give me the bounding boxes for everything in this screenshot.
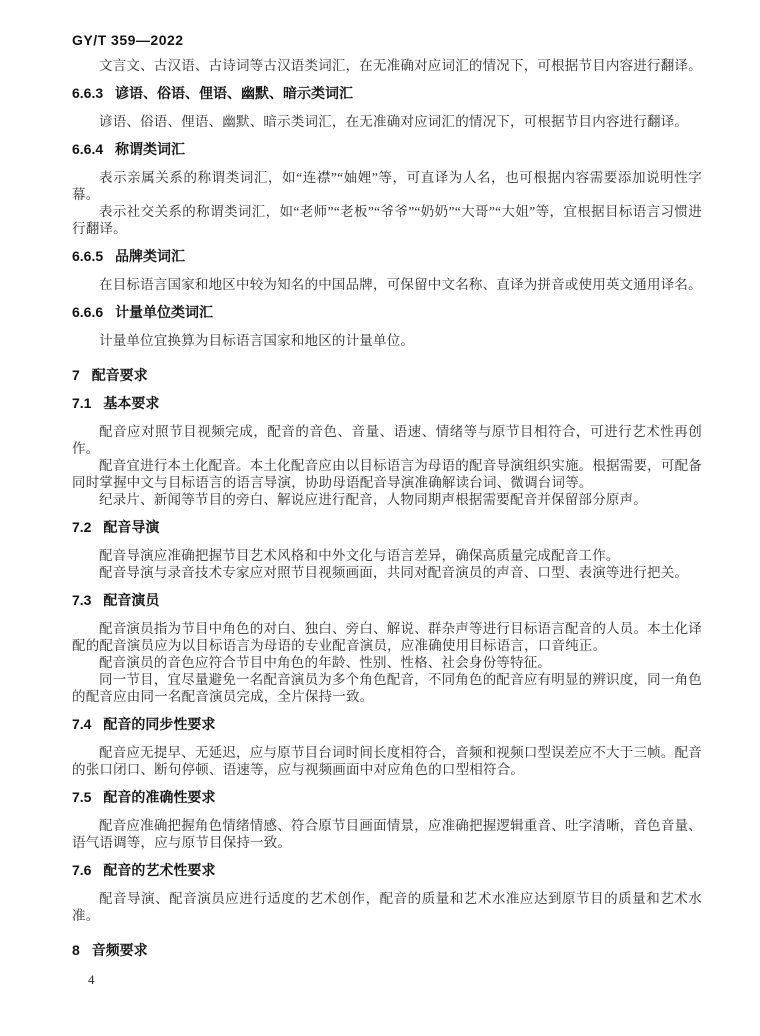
heading-7-3: 7.3配音演员 (72, 592, 702, 609)
chapter-number: 8 (72, 942, 80, 958)
heading-7-5: 7.5配音的准确性要求 (72, 789, 702, 806)
paragraph: 在目标语言国家和地区中较为知名的中国品牌，可保留中文名称、直译为拼音或使用英文通… (72, 276, 702, 293)
chapter-heading-7: 7配音要求 (72, 367, 702, 384)
section-title: 配音的准确性要求 (103, 789, 215, 805)
paragraph: 表示亲属关系的称谓类词汇，如“连襟”“妯娌”等，可直译为人名，也可根据内容需要添… (72, 169, 702, 203)
paragraph: 配音应准确把握角色情绪情感、符合原节目画面情景，应准确把握逻辑重音、吐字清晰，音… (72, 817, 702, 851)
paragraph: 谚语、俗语、俚语、幽默、暗示类词汇，在无准确对应词汇的情况下，可根据节目内容进行… (72, 113, 702, 130)
section-number: 6.6.3 (72, 85, 103, 101)
section-title: 称谓类词汇 (115, 141, 185, 157)
section-number: 6.6.5 (72, 248, 103, 264)
paragraph: 纪录片、新闻等节目的旁白、解说应进行配音，人物同期声根据需要配音并保留部分原声。 (72, 491, 702, 508)
section-title: 基本要求 (103, 395, 159, 411)
section-number: 7.4 (72, 716, 91, 732)
heading-6-6-3: 6.6.3谚语、俗语、俚语、幽默、暗示类词汇 (72, 85, 702, 102)
section-title: 计量单位类词汇 (115, 304, 213, 320)
heading-7-1: 7.1基本要求 (72, 395, 702, 412)
heading-6-6-4: 6.6.4称谓类词汇 (72, 141, 702, 158)
paragraph: 配音应无提早、无延迟，应与原节目台词时间长度相符合，音频和视频口型误差应不大于三… (72, 744, 702, 778)
section-number: 6.6.4 (72, 141, 103, 157)
chapter-title: 配音要求 (92, 367, 148, 383)
paragraph: 配音导演、配音演员应进行适度的艺术创作，配音的质量和艺术水准应达到原节目的质量和… (72, 890, 702, 924)
paragraph: 配音导演与录音技术专家应对照节目视频画面，共同对配音演员的声音、口型、表演等进行… (72, 564, 702, 581)
page-number: 4 (88, 971, 702, 988)
paragraph: 配音宜进行本土化配音。本土化配音应由以目标语言为母语的配音导演组织实施。根据需要… (72, 457, 702, 491)
document-page: GY/T 359—2022 文言文、古汉语、古诗词等古汉语类词汇，在无准确对应词… (0, 0, 760, 1036)
section-title: 品牌类词汇 (115, 248, 185, 264)
chapter-heading-8: 8音频要求 (72, 942, 702, 959)
heading-7-4: 7.4配音的同步性要求 (72, 716, 702, 733)
chapter-number: 7 (72, 367, 80, 383)
section-number: 7.2 (72, 519, 91, 535)
standard-number-header: GY/T 359—2022 (72, 0, 702, 49)
section-number: 7.1 (72, 395, 91, 411)
section-title: 配音演员 (103, 592, 159, 608)
section-title: 配音的同步性要求 (103, 716, 215, 732)
heading-6-6-6: 6.6.6计量单位类词汇 (72, 304, 702, 321)
paragraph: 配音导演应准确把握节目艺术风格和中外文化与语言差异，确保高质量完成配音工作。 (72, 547, 702, 564)
section-title: 配音的艺术性要求 (103, 862, 215, 878)
heading-7-6: 7.6配音的艺术性要求 (72, 862, 702, 879)
section-number: 7.5 (72, 789, 91, 805)
document-content: GY/T 359—2022 文言文、古汉语、古诗词等古汉语类词汇，在无准确对应词… (72, 0, 702, 988)
paragraph: 配音演员指为节目中角色的对白、独白、旁白、解说、群杂声等进行目标语言配音的人员。… (72, 620, 702, 654)
paragraph: 计量单位宜换算为目标语言国家和地区的计量单位。 (72, 332, 702, 349)
section-title: 配音导演 (103, 519, 159, 535)
paragraph: 配音演员的音色应符合节目中角色的年龄、性别、性格、社会身份等特征。 (72, 654, 702, 671)
paragraph: 表示社交关系的称谓类词汇，如“老师”“老板”“爷爷”“奶奶”“大哥”“大姐”等，… (72, 203, 702, 237)
section-title: 谚语、俗语、俚语、幽默、暗示类词汇 (115, 85, 353, 101)
heading-7-2: 7.2配音导演 (72, 519, 702, 536)
section-number: 7.6 (72, 862, 91, 878)
paragraph: 文言文、古汉语、古诗词等古汉语类词汇，在无准确对应词汇的情况下，可根据节目内容进… (72, 57, 702, 74)
heading-6-6-5: 6.6.5品牌类词汇 (72, 248, 702, 265)
chapter-title: 音频要求 (92, 942, 148, 958)
section-number: 7.3 (72, 592, 91, 608)
paragraph: 同一节目，宜尽量避免一名配音演员为多个角色配音，不同角色的配音应有明显的辨识度，… (72, 671, 702, 705)
paragraph: 配音应对照节目视频完成，配音的音色、音量、语速、情绪等与原节目相符合，可进行艺术… (72, 423, 702, 457)
section-number: 6.6.6 (72, 304, 103, 320)
